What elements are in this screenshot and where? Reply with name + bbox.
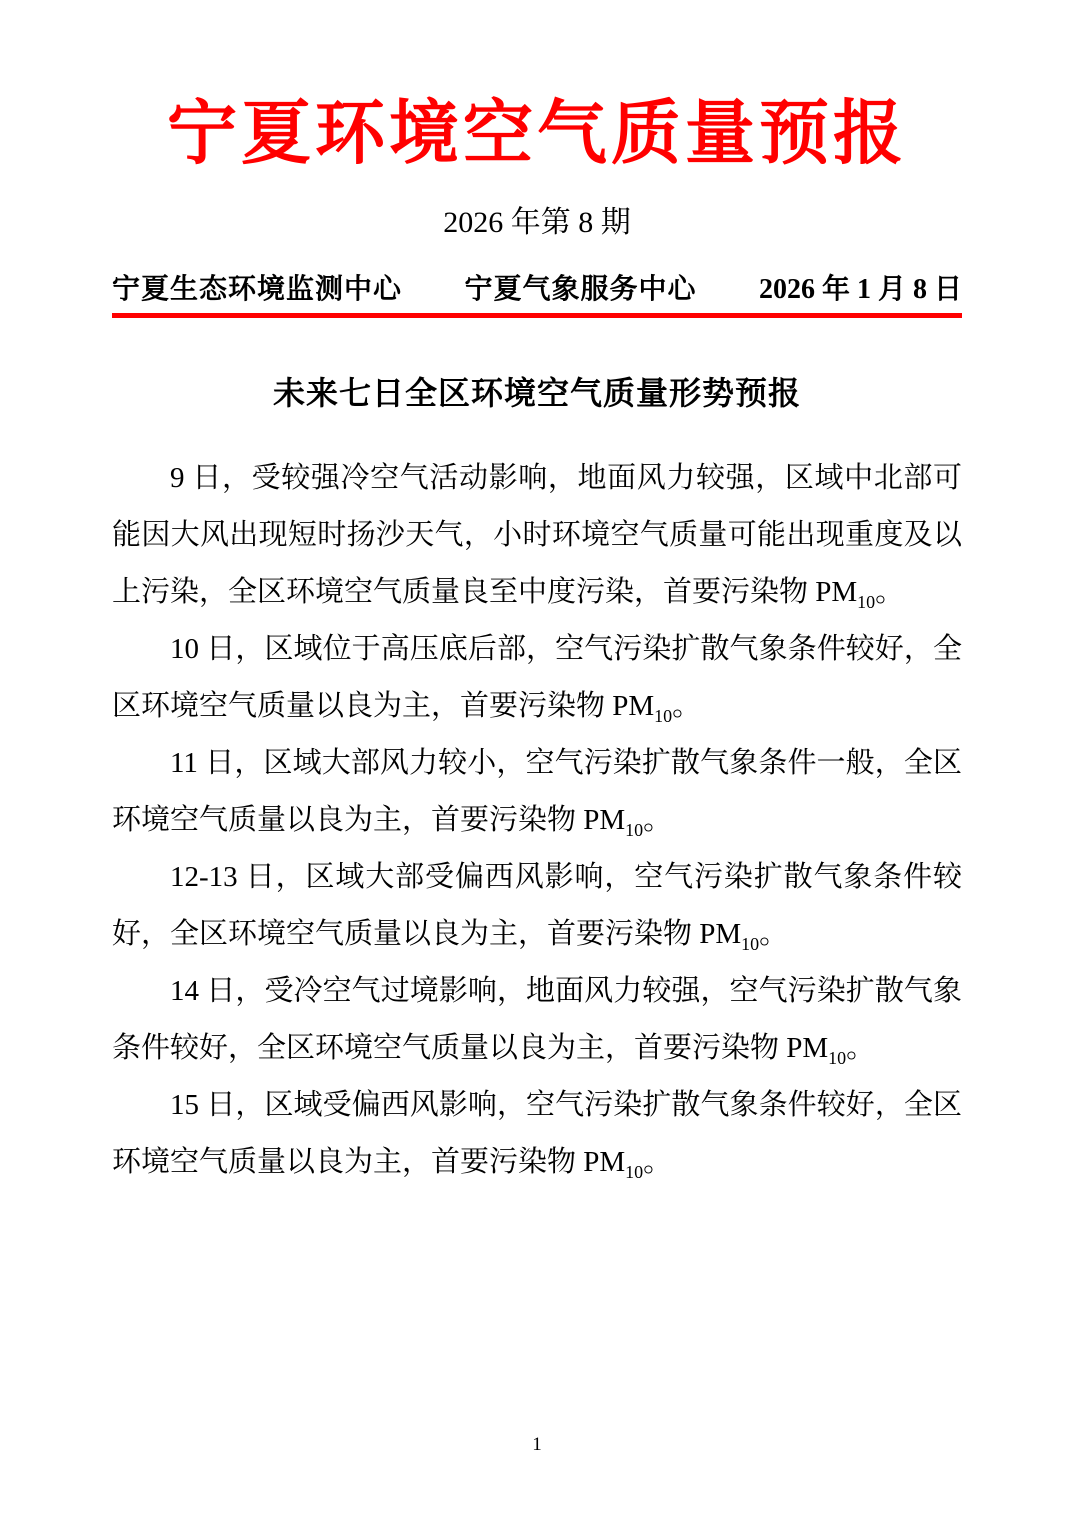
document-title: 宁夏环境空气质量预报 [112, 96, 962, 173]
section-heading: 未来七日全区环境空气质量形势预报 [112, 368, 962, 414]
paragraph-tail: 。 [672, 690, 701, 722]
org-monitoring-center: 宁夏生态环境监测中心 [112, 267, 402, 307]
red-rule-divider [112, 313, 962, 318]
paragraph-tail: 。 [759, 918, 788, 950]
pm-subscript: 10 [654, 706, 672, 726]
paragraph-text: 11 日，区域大部风力较小，空气污染扩散气象条件一般，全区环境空气质量以良为主，… [112, 747, 962, 836]
pm-subscript: 10 [625, 820, 643, 840]
forecast-paragraph-day15: 15 日，区域受偏西风影响，空气污染扩散气象条件较好，全区环境空气质量以良为主，… [112, 1077, 962, 1191]
pm-subscript: 10 [741, 934, 759, 954]
forecast-paragraph-day14: 14 日，受冷空气过境影响，地面风力较强，空气污染扩散气象条件较好，全区环境空气… [112, 963, 962, 1077]
forecast-paragraph-day11: 11 日，区域大部风力较小，空气污染扩散气象条件一般，全区环境空气质量以良为主，… [112, 735, 962, 849]
pm-subscript: 10 [828, 1048, 846, 1068]
paragraph-text: 15 日，区域受偏西风影响，空气污染扩散气象条件较好，全区环境空气质量以良为主，… [112, 1089, 962, 1178]
forecast-paragraph-day12-13: 12-13 日，区域大部受偏西风影响，空气污染扩散气象条件较好，全区环境空气质量… [112, 849, 962, 963]
pm-subscript: 10 [857, 592, 875, 612]
issue-date: 2026 年 1 月 8 日 [759, 267, 962, 307]
paragraph-tail: 。 [643, 1146, 672, 1178]
paragraph-text: 9 日，受较强冷空气活动影响，地面风力较强，区域中北部可能因大风出现短时扬沙天气… [112, 462, 962, 608]
paragraph-tail: 。 [643, 804, 672, 836]
paragraph-text: 12-13 日，区域大部受偏西风影响，空气污染扩散气象条件较好，全区环境空气质量… [112, 861, 962, 950]
page-number: 1 [112, 1434, 962, 1456]
document-page: 宁夏环境空气质量预报 2026 年第 8 期 宁夏生态环境监测中心 宁夏气象服务… [112, 0, 962, 1520]
paragraph-text: 10 日，区域位于高压底后部，空气污染扩散气象条件较好，全区环境空气质量以良为主… [112, 633, 962, 722]
forecast-paragraph-day9: 9 日，受较强冷空气活动影响，地面风力较强，区域中北部可能因大风出现短时扬沙天气… [112, 450, 962, 621]
masthead-row: 宁夏生态环境监测中心 宁夏气象服务中心 2026 年 1 月 8 日 [112, 267, 962, 307]
forecast-body: 9 日，受较强冷空气活动影响，地面风力较强，区域中北部可能因大风出现短时扬沙天气… [112, 450, 962, 1191]
pm-subscript: 10 [625, 1162, 643, 1182]
org-meteorological-center: 宁夏气象服务中心 [464, 267, 696, 307]
forecast-paragraph-day10: 10 日，区域位于高压底后部，空气污染扩散气象条件较好，全区环境空气质量以良为主… [112, 621, 962, 735]
paragraph-tail: 。 [875, 576, 904, 608]
issue-number: 2026 年第 8 期 [112, 197, 962, 241]
paragraph-tail: 。 [846, 1032, 875, 1064]
